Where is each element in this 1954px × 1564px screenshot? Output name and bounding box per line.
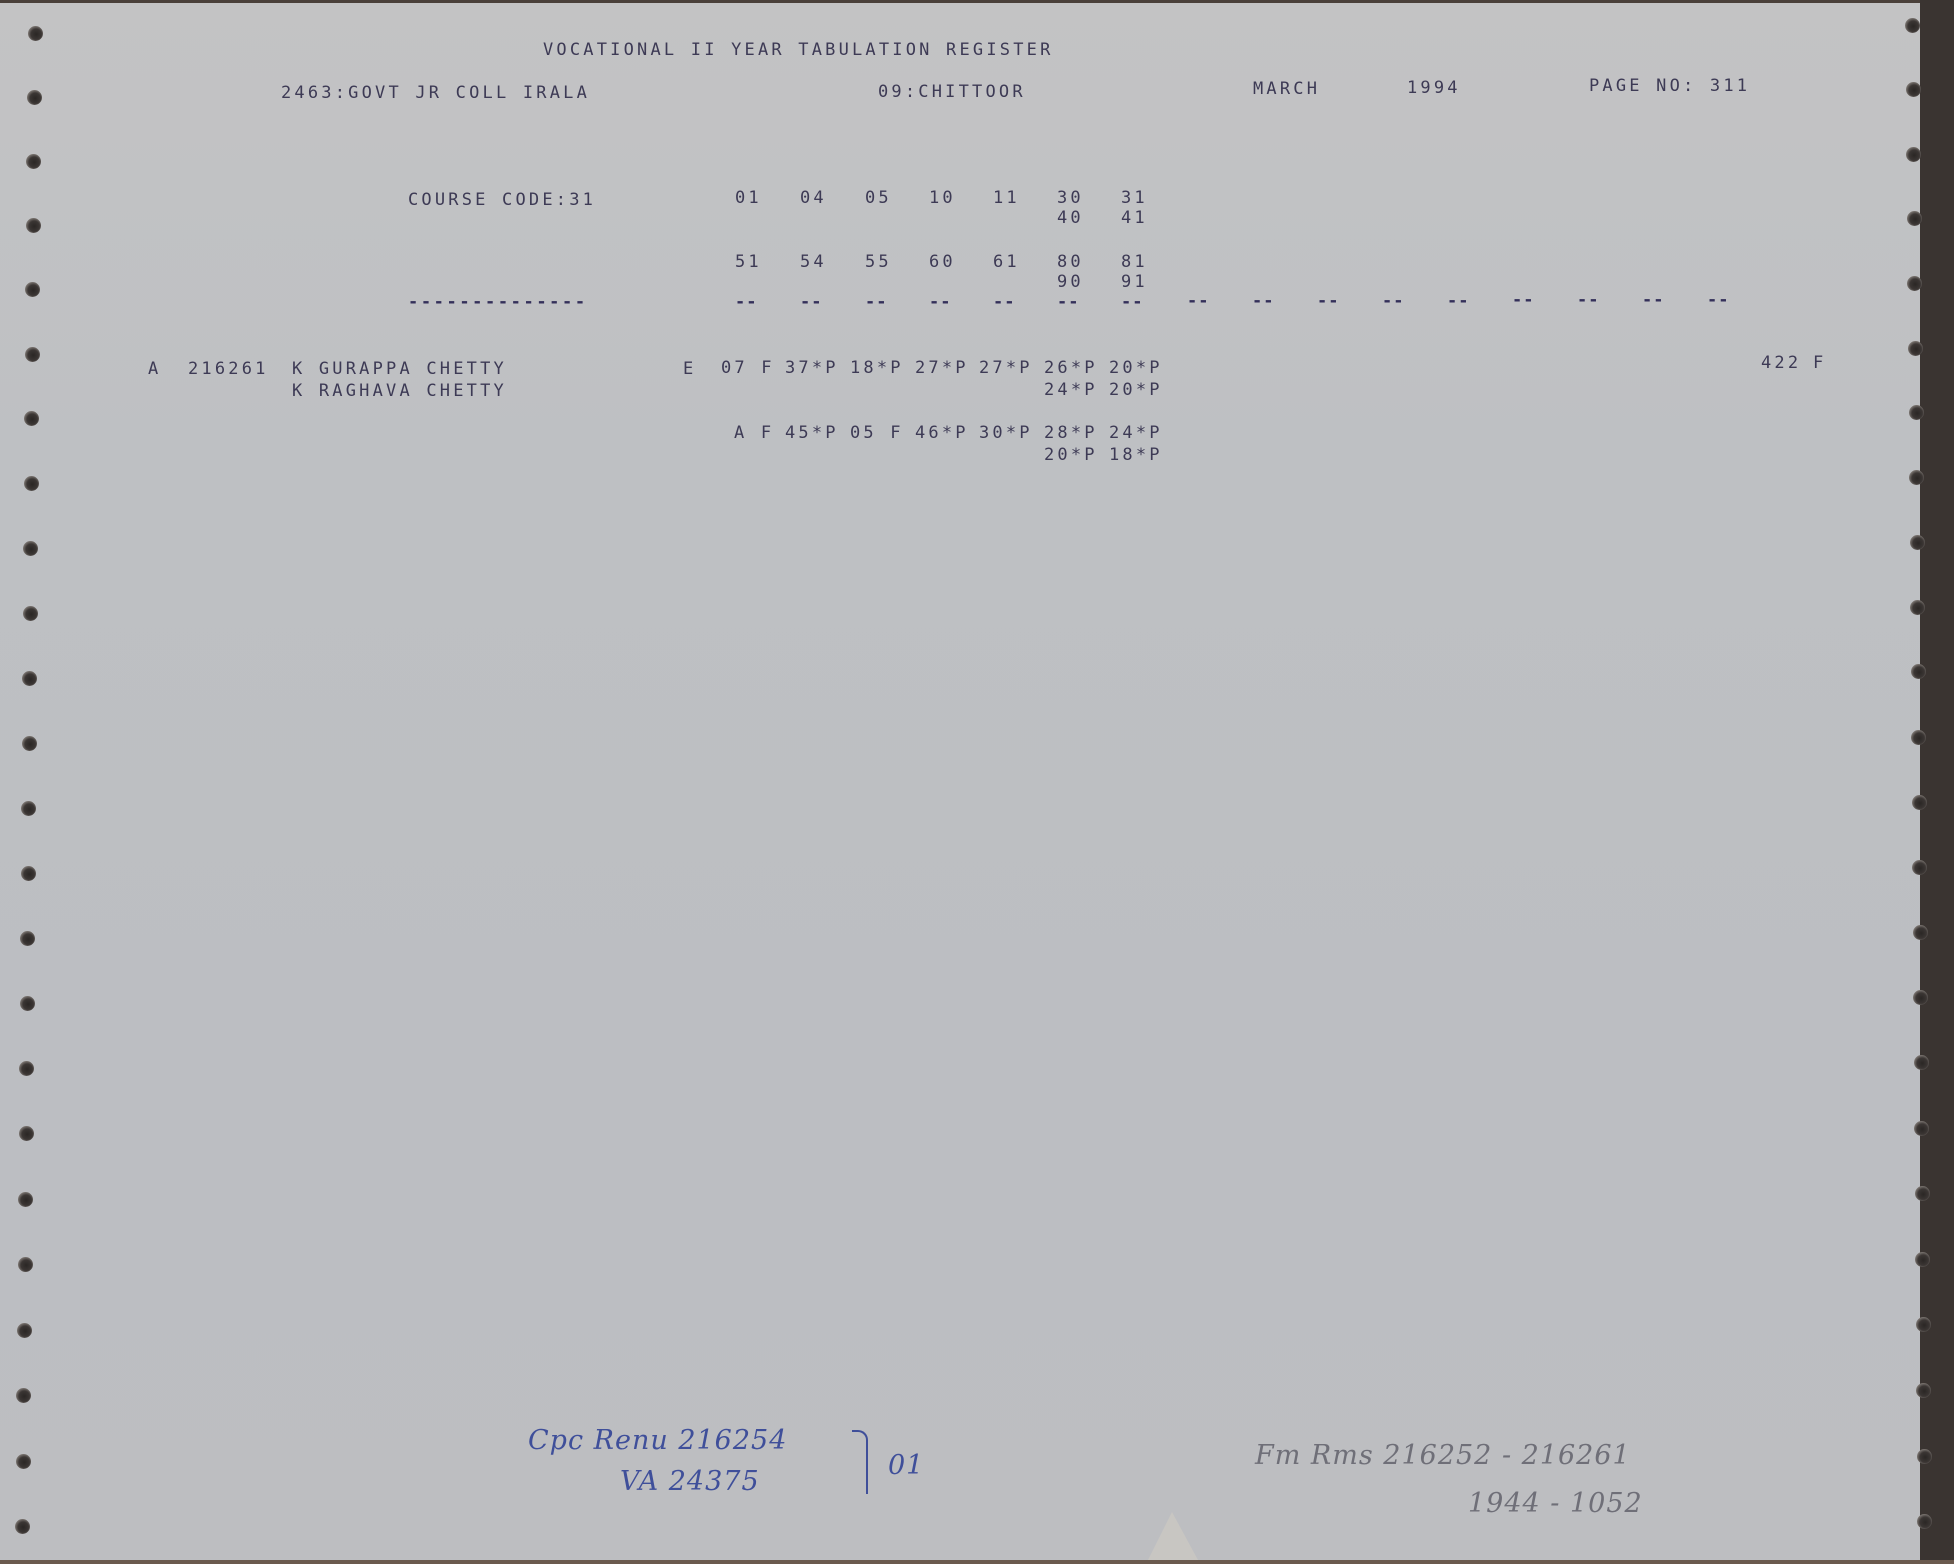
feed-hole-icon (25, 347, 40, 362)
underline-long: -------------- (408, 292, 588, 312)
exam-year: 1994 (1407, 78, 1461, 98)
underline-segment: -- (1057, 292, 1079, 312)
subject-code: 40 (1057, 208, 1084, 228)
feed-hole-icon (18, 1192, 33, 1207)
feed-hole-icon (20, 996, 35, 1011)
feed-hole-icon (18, 1257, 33, 1272)
feed-hole-icon (1911, 664, 1926, 679)
father-name: K RAGHAVA CHETTY (292, 381, 507, 401)
feed-hole-icon (1917, 1449, 1932, 1464)
underline-segment: -- (865, 292, 887, 312)
candidate-name: K GURAPPA CHETTY (292, 359, 507, 379)
college-name: 2463:GOVT JR COLL IRALA (281, 83, 590, 103)
subject-code: 80 (1057, 252, 1084, 272)
subject-code: 41 (1121, 208, 1148, 228)
feed-hole-icon (25, 282, 40, 297)
subject-code: 51 (735, 252, 762, 272)
underline-segment: -- (1447, 291, 1469, 311)
subject-code: 05 (865, 188, 892, 208)
feed-hole-icon (1916, 1317, 1931, 1332)
feed-hole-icon (15, 1519, 30, 1534)
underline-segment: -- (1121, 292, 1143, 312)
feed-hole-icon (19, 1126, 34, 1141)
feed-hole-icon (1915, 1186, 1930, 1201)
feed-hole-icon (1914, 1121, 1929, 1136)
mark-cell: A F (734, 423, 774, 443)
course-code: COURSE CODE:31 (408, 190, 596, 210)
mark-cell: 05 F (850, 423, 904, 443)
feed-hole-icon (23, 541, 38, 556)
underline-segment: -- (735, 292, 757, 312)
feed-hole-icon (1905, 18, 1920, 33)
subject-code: 61 (993, 252, 1020, 272)
feed-hole-icon (24, 476, 39, 491)
mark-cell: 24*P (1109, 423, 1163, 443)
mark-cell: 46*P (915, 423, 969, 443)
subject-code: 81 (1121, 252, 1148, 272)
feed-hole-icon (1917, 1514, 1932, 1529)
feed-hole-icon (1916, 1383, 1931, 1398)
medium: E (683, 359, 696, 379)
underline-segment: -- (929, 292, 951, 312)
mark-cell: 18*P (850, 358, 904, 378)
handwritten-line: Fm Rms 216252 - 216261 (1255, 1440, 1631, 1471)
bracket-mark (852, 1430, 868, 1494)
mark-cell: 30*P (979, 423, 1033, 443)
mark-cell: 26*P (1044, 358, 1098, 378)
underline-segment: -- (1317, 291, 1339, 311)
mark-cell: 20*P (1109, 380, 1163, 400)
mark-cell: 20*P (1109, 358, 1163, 378)
district-name: 09:CHITTOOR (878, 82, 1026, 102)
feed-hole-icon (1909, 405, 1924, 420)
sheet-bottom-edge (0, 1560, 1954, 1564)
handwritten-line: 1944 - 1052 (1468, 1488, 1643, 1519)
mark-cell: 20*P (1044, 445, 1098, 465)
sheet-top-edge (0, 0, 1954, 3)
feed-hole-icon (1911, 730, 1926, 745)
feed-hole-icon (26, 218, 41, 233)
exam-month: MARCH (1253, 79, 1320, 99)
handwritten-line: Cpc Renu 216254 (528, 1425, 787, 1456)
printout-sheet (0, 0, 1920, 1562)
feed-hole-icon (1906, 147, 1921, 162)
underline-segment: -- (800, 292, 822, 312)
feed-hole-icon (28, 26, 43, 41)
record-category: A (148, 359, 161, 379)
underline-segment: -- (1707, 290, 1729, 310)
register-title: VOCATIONAL II YEAR TABULATION REGISTER (543, 40, 1054, 60)
feed-hole-icon (22, 671, 37, 686)
feed-hole-icon (1912, 860, 1927, 875)
mark-cell: 45*P (785, 423, 839, 443)
feed-hole-icon (1913, 925, 1928, 940)
underline-segment: -- (1642, 290, 1664, 310)
feed-hole-icon (1910, 535, 1925, 550)
underline-segment: -- (1577, 290, 1599, 310)
subject-code: 04 (800, 188, 827, 208)
subject-code: 01 (735, 188, 762, 208)
subject-code: 90 (1057, 272, 1084, 292)
feed-hole-icon (1906, 82, 1921, 97)
feed-hole-icon (24, 411, 39, 426)
feed-hole-icon (1907, 211, 1922, 226)
feed-hole-icon (21, 801, 36, 816)
handwritten-line: VA 24375 (620, 1466, 760, 1497)
feed-hole-icon (1912, 795, 1927, 810)
feed-hole-icon (19, 1061, 34, 1076)
feed-hole-icon (1915, 1252, 1930, 1267)
total-marks: 422 (1761, 353, 1801, 373)
subject-code: 11 (993, 188, 1020, 208)
feed-hole-icon (1914, 1055, 1929, 1070)
handwritten-line: 01 (888, 1450, 924, 1481)
page-number: PAGE NO: 311 (1589, 76, 1750, 96)
feed-hole-icon (1909, 470, 1924, 485)
feed-hole-icon (23, 606, 38, 621)
underline-segment: -- (993, 292, 1015, 312)
mark-cell: 07 F (721, 358, 775, 378)
subject-code: 31 (1121, 188, 1148, 208)
mark-cell: 24*P (1044, 380, 1098, 400)
feed-hole-icon (27, 90, 42, 105)
subject-code: 55 (865, 252, 892, 272)
feed-hole-icon (16, 1454, 31, 1469)
feed-hole-icon (1910, 600, 1925, 615)
torn-paper-corner (1148, 1512, 1198, 1560)
feed-hole-icon (22, 736, 37, 751)
mark-cell: 27*P (979, 358, 1033, 378)
mark-cell: 18*P (1109, 445, 1163, 465)
subject-code: 30 (1057, 188, 1084, 208)
subject-code: 60 (929, 252, 956, 272)
feed-hole-icon (20, 931, 35, 946)
feed-hole-icon (17, 1323, 32, 1338)
underline-segment: -- (1252, 291, 1274, 311)
hall-ticket-number: 216261 (188, 359, 269, 379)
feed-hole-icon (21, 866, 36, 881)
subject-code: 91 (1121, 272, 1148, 292)
feed-hole-icon (1908, 341, 1923, 356)
subject-code: 10 (929, 188, 956, 208)
result-status: F (1813, 353, 1826, 373)
underline-segment: -- (1512, 290, 1534, 310)
underline-segment: -- (1382, 291, 1404, 311)
mark-cell: 37*P (785, 358, 839, 378)
feed-hole-icon (16, 1388, 31, 1403)
mark-cell: 28*P (1044, 423, 1098, 443)
feed-hole-icon (1907, 276, 1922, 291)
underline-segment: -- (1187, 291, 1209, 311)
feed-hole-icon (26, 154, 41, 169)
mark-cell: 27*P (915, 358, 969, 378)
feed-hole-icon (1913, 990, 1928, 1005)
subject-code: 54 (800, 252, 827, 272)
